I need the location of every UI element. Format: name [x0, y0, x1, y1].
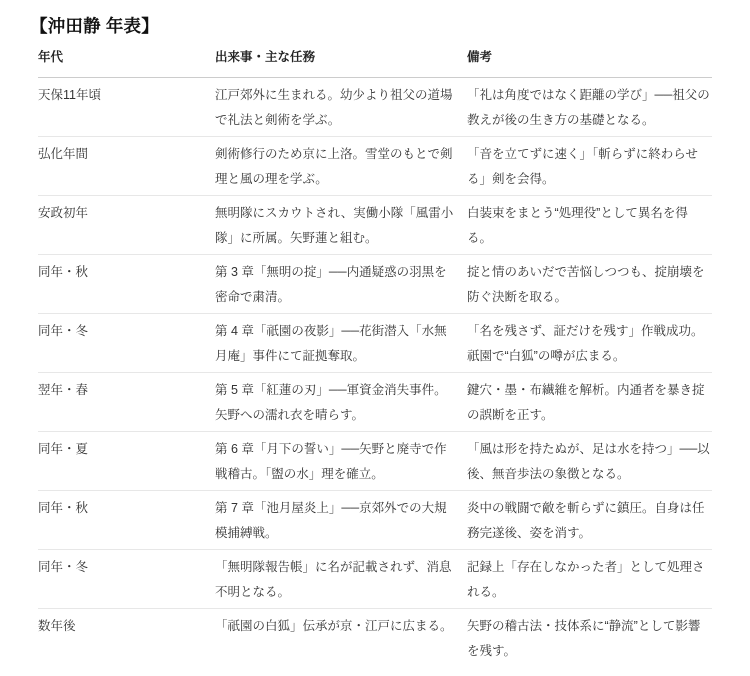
event-cell: 「無明隊報告帳」に名が記載されず、消息不明となる。: [215, 549, 467, 608]
table-row: 同年・冬 「無明隊報告帳」に名が記載されず、消息不明となる。 記録上「存在しなか…: [38, 549, 712, 608]
table-row: 数年後 「祇園の白狐」伝承が京・江戸に広まる。 矢野の稽古法・技体系に“静流”と…: [38, 608, 712, 667]
era-cell: 天保11年頃: [38, 77, 215, 136]
table-row: 弘化年間 剣術修行のため京に上洛。雪堂のもとで剣理と風の理を学ぶ。 「音を立てず…: [38, 136, 712, 195]
note-cell: 炎中の戦闘で敵を斬らずに鎮圧。自身は任務完遂後、姿を消す。: [467, 490, 712, 549]
note-cell: 矢野の稽古法・技体系に“静流”として影響を残す。: [467, 608, 712, 667]
event-cell: 第 4 章「祇園の夜影」──花街潜入「水無月庵」事件にて証拠奪取。: [215, 313, 467, 372]
era-cell: 同年・秋: [38, 490, 215, 549]
note-cell: 掟と情のあいだで苦悩しつつも、掟崩壊を防ぐ決断を取る。: [467, 254, 712, 313]
column-header-note: 備考: [467, 45, 712, 78]
event-cell: 第 7 章「池月屋炎上」──京郊外での大規模捕縛戦。: [215, 490, 467, 549]
table-row: 同年・秋 第 7 章「池月屋炎上」──京郊外での大規模捕縛戦。 炎中の戦闘で敵を…: [38, 490, 712, 549]
note-cell: 「名を残さず、証だけを残す」作戦成功。祇園で“白狐”の噂が広まる。: [467, 313, 712, 372]
era-cell: 翌年・春: [38, 372, 215, 431]
era-cell: 同年・夏: [38, 431, 215, 490]
era-cell: 弘化年間: [38, 136, 215, 195]
note-cell: 白装束をまとう“処理役”として異名を得る。: [467, 195, 712, 254]
era-cell: 数年後: [38, 608, 215, 667]
note-cell: 「音を立てずに速く」「斬らずに終わらせる」剣を会得。: [467, 136, 712, 195]
table-row: 同年・秋 第 3 章「無明の掟」──内通疑惑の羽黒を密命で粛清。 掟と情のあいだ…: [38, 254, 712, 313]
event-cell: 江戸郊外に生まれる。幼少より祖父の道場で礼法と剣術を学ぶ。: [215, 77, 467, 136]
event-cell: 第 6 章「月下の誓い」──矢野と廃寺で作戦稽古。「盥の水」理を確立。: [215, 431, 467, 490]
event-cell: 「祇園の白狐」伝承が京・江戸に広まる。: [215, 608, 467, 667]
timeline-table: 年代 出来事・主な任務 備考 天保11年頃 江戸郊外に生まれる。幼少より祖父の道…: [38, 45, 712, 667]
event-cell: 第 3 章「無明の掟」──内通疑惑の羽黒を密命で粛清。: [215, 254, 467, 313]
event-cell: 無明隊にスカウトされ、実働小隊「風雷小隊」に所属。矢野蓮と組む。: [215, 195, 467, 254]
era-cell: 安政初年: [38, 195, 215, 254]
table-header-row: 年代 出来事・主な任務 備考: [38, 45, 712, 78]
note-cell: 「風は形を持たぬが、足は水を持つ」──以後、無音歩法の象徴となる。: [467, 431, 712, 490]
note-cell: 鍵穴・墨・布繊維を解析。内通者を暴き掟の誤断を正す。: [467, 372, 712, 431]
table-row: 同年・冬 第 4 章「祇園の夜影」──花街潜入「水無月庵」事件にて証拠奪取。 「…: [38, 313, 712, 372]
event-cell: 第 5 章「紅蓮の刃」──軍資金消失事件。矢野への濡れ衣を晴らす。: [215, 372, 467, 431]
note-cell: 「礼は角度ではなく距離の学び」──祖父の教えが後の生き方の基礎となる。: [467, 77, 712, 136]
column-header-event: 出来事・主な任務: [215, 45, 467, 78]
era-cell: 同年・冬: [38, 549, 215, 608]
note-cell: 記録上「存在しなかった者」として処理される。: [467, 549, 712, 608]
page-title: 【沖田静 年表】: [30, 14, 720, 39]
table-row: 同年・夏 第 6 章「月下の誓い」──矢野と廃寺で作戦稽古。「盥の水」理を確立。…: [38, 431, 712, 490]
table-row: 翌年・春 第 5 章「紅蓮の刃」──軍資金消失事件。矢野への濡れ衣を晴らす。 鍵…: [38, 372, 712, 431]
era-cell: 同年・冬: [38, 313, 215, 372]
era-cell: 同年・秋: [38, 254, 215, 313]
table-row: 天保11年頃 江戸郊外に生まれる。幼少より祖父の道場で礼法と剣術を学ぶ。 「礼は…: [38, 77, 712, 136]
event-cell: 剣術修行のため京に上洛。雪堂のもとで剣理と風の理を学ぶ。: [215, 136, 467, 195]
column-header-era: 年代: [38, 45, 215, 78]
table-row: 安政初年 無明隊にスカウトされ、実働小隊「風雷小隊」に所属。矢野蓮と組む。 白装…: [38, 195, 712, 254]
